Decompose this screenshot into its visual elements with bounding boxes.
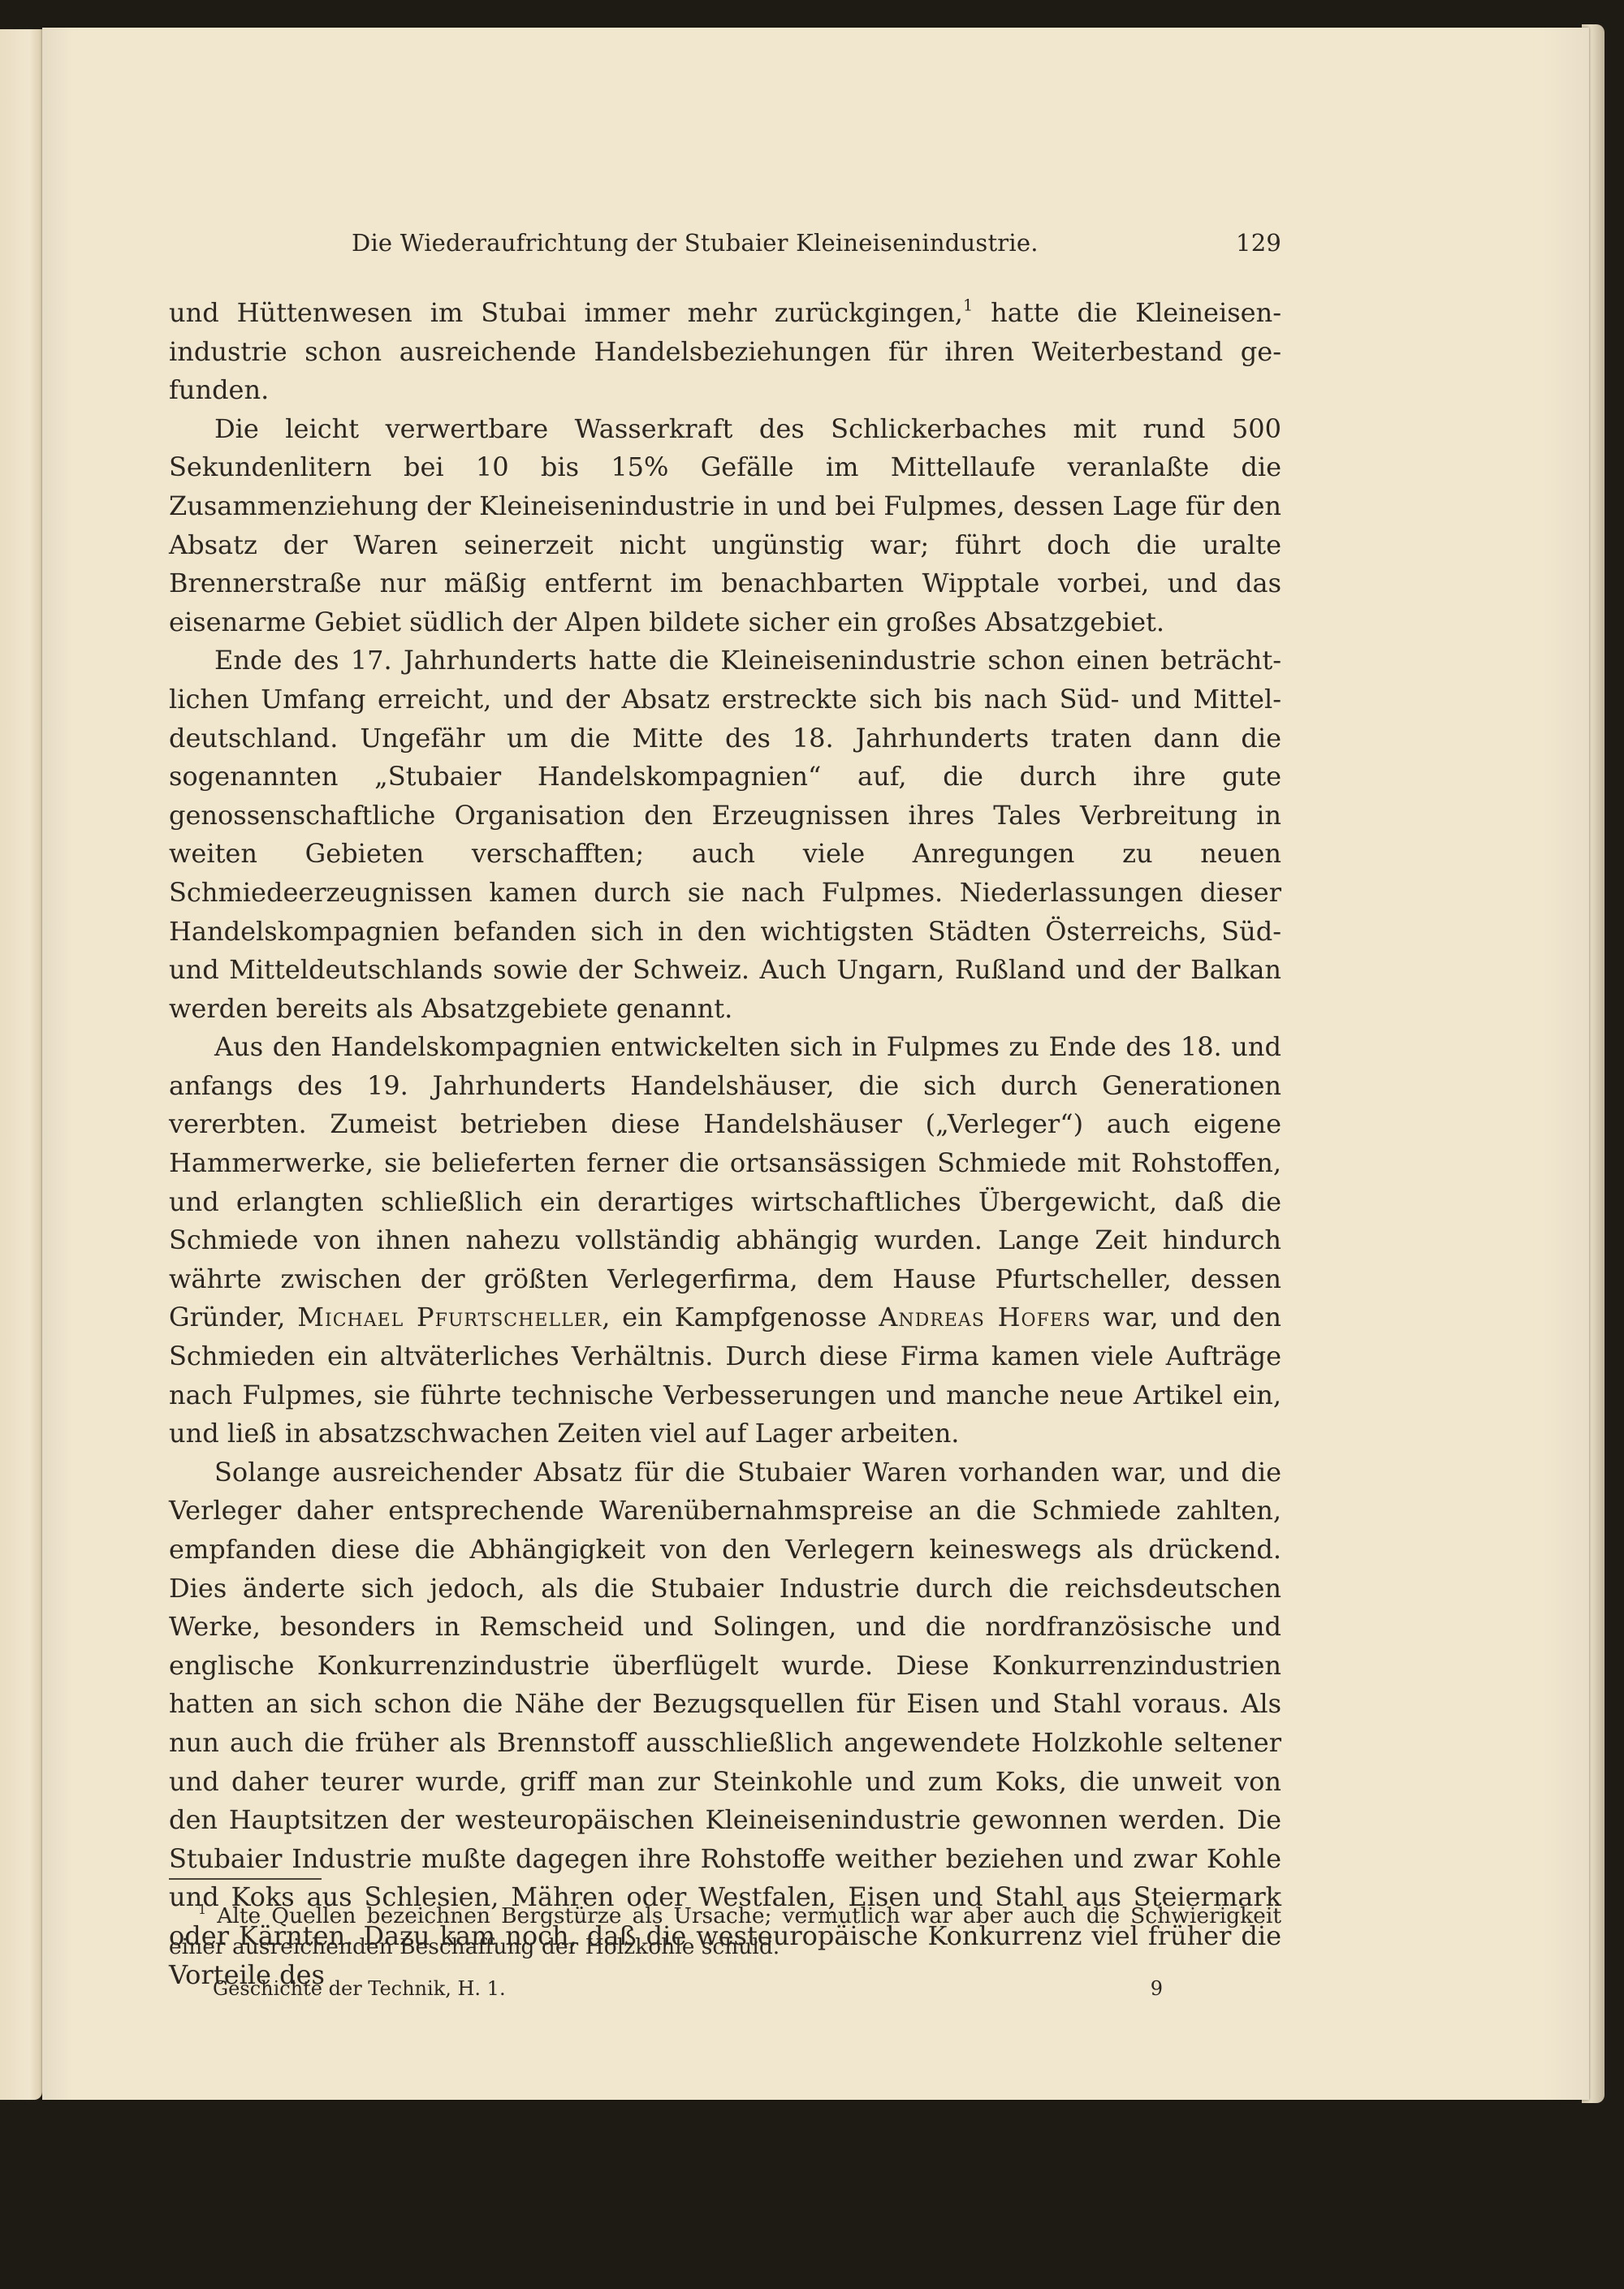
body-text: und Hüttenwesen im Stubai immer mehr zur…	[169, 294, 1281, 1994]
paragraph: Die leicht verwertbare Wasserkraft des S…	[169, 410, 1281, 642]
footnote-text: Alte Quellen bezeichnen Bergstürze als U…	[169, 1903, 1281, 1959]
person-name: Andreas Hofers	[879, 1302, 1091, 1332]
paragraph: Ende des 17. Jahrhunderts hatte die Klei…	[169, 641, 1281, 1028]
page-number: 129	[1236, 229, 1281, 257]
paragraph: Aus den Handelskompagnien entwickelten s…	[169, 1028, 1281, 1453]
running-title: Die Wiederaufrichtung der Stubaier Klein…	[352, 229, 1039, 257]
footnote-paragraph: 1 Alte Quellen bezeichnen Bergstürze als…	[169, 1901, 1281, 1963]
paragraph-text: , ein Kampfgenosse	[602, 1302, 879, 1332]
sheet-number: 9	[1151, 1977, 1163, 2000]
facing-page-edge	[0, 29, 42, 2100]
footnote-reference[interactable]: 1	[963, 296, 973, 315]
person-name: Michael Pfurt­scheller	[297, 1302, 602, 1332]
footnote: 1 Alte Quellen bezeichnen Bergstürze als…	[169, 1901, 1281, 1963]
footnote-marker: 1	[198, 1902, 206, 1917]
paragraph-text: Aus den Handelskompagnien entwickelten s…	[169, 1031, 1281, 1332]
footnote-divider	[169, 1878, 322, 1880]
paragraph-text: und Hüttenwesen im Stubai immer mehr zur…	[169, 297, 963, 328]
paragraph: und Hüttenwesen im Stubai immer mehr zur…	[169, 294, 1281, 410]
series-title: Geschichte der Technik, H. 1.	[213, 1977, 506, 2000]
